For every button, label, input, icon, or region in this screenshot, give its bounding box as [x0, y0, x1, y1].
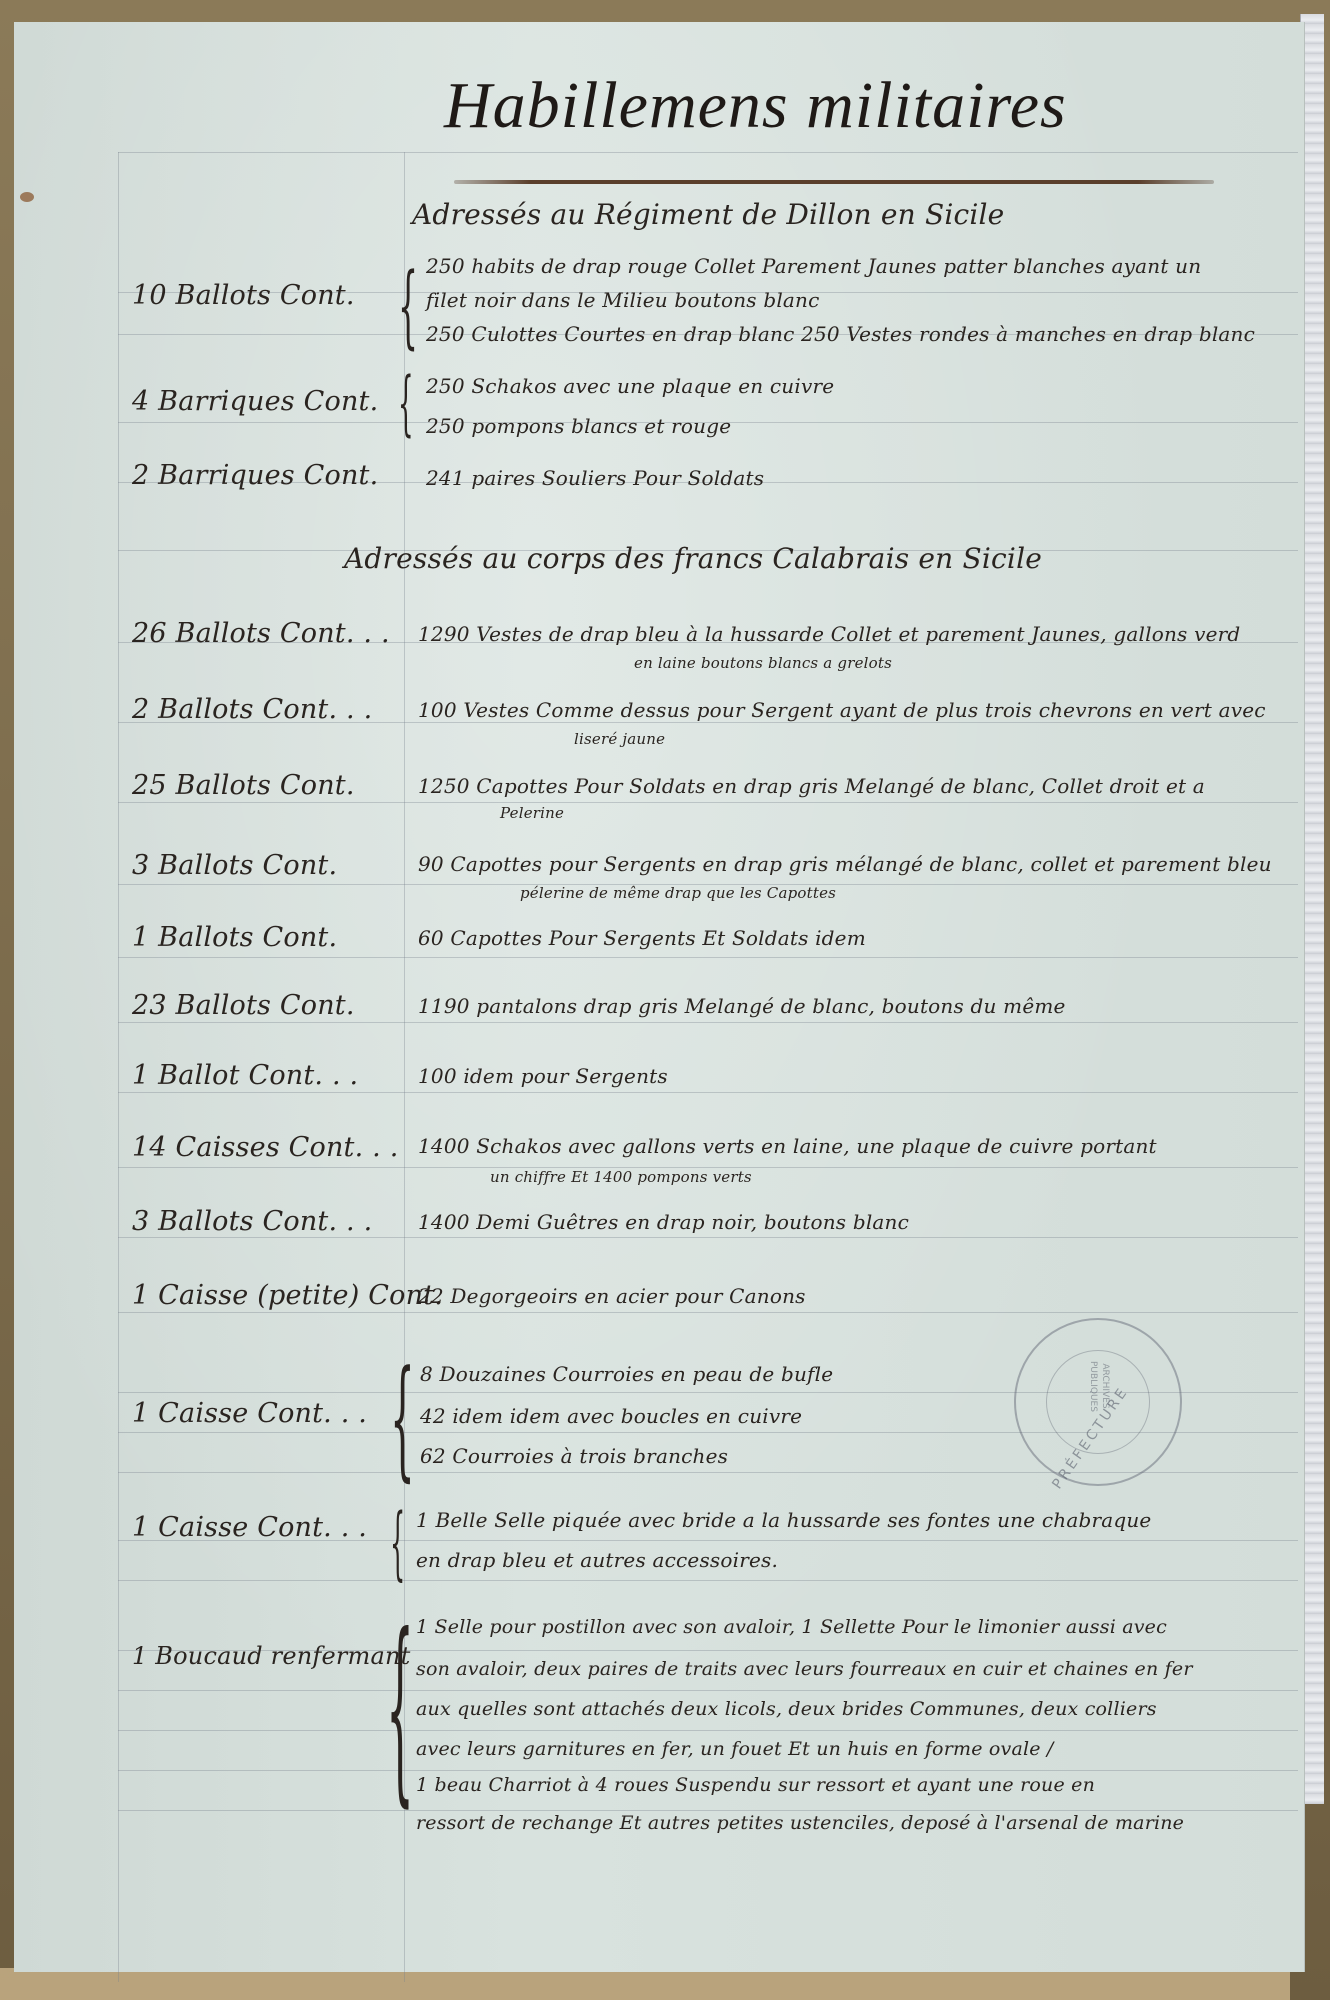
- entry-quantity: 3 Ballots Cont. . .: [132, 1206, 372, 1237]
- ruled-line: [118, 1092, 1298, 1093]
- entry-line: 250 Culottes Courtes en drap blanc 250 V…: [426, 322, 1255, 346]
- pin-mark: [20, 192, 34, 202]
- entry-line: en drap bleu et autres accessoires.: [416, 1548, 778, 1572]
- ruled-line: [118, 957, 1298, 958]
- entry-quantity: 4 Barriques Cont.: [132, 386, 378, 417]
- entry-line: 1290 Vestes de drap bleu à la hussarde C…: [418, 622, 1240, 646]
- entry-line: 1190 pantalons drap gris Melangé de blan…: [418, 994, 1066, 1018]
- title-underline: [454, 180, 1214, 184]
- ruled-line: [118, 1022, 1298, 1023]
- brace-icon: {: [390, 1342, 415, 1494]
- entry-line: 42 idem idem avec boucles en cuivre: [420, 1404, 802, 1428]
- entry-line: en laine boutons blancs a grelots: [634, 654, 892, 672]
- entry-line: 1400 Schakos avec gallons verts en laine…: [418, 1134, 1157, 1158]
- entry-line: ressort de rechange Et autres petites us…: [416, 1812, 1184, 1834]
- entry-quantity: 10 Ballots Cont.: [132, 280, 355, 311]
- entry-quantity: 23 Ballots Cont.: [132, 990, 355, 1021]
- binding-bottom: [0, 1968, 1290, 2000]
- entry-line: 22 Degorgeoirs en acier pour Canons: [418, 1284, 806, 1308]
- margin-line-left: [118, 152, 119, 1982]
- entry-line: 250 Schakos avec une plaque en cuivre: [426, 374, 834, 398]
- entry-line: liseré jaune: [574, 730, 665, 748]
- entry-line: 1 Selle pour postillon avec son avaloir,…: [416, 1616, 1167, 1638]
- entry-quantity: 26 Ballots Cont. . .: [132, 618, 390, 649]
- entry-line: 1250 Capottes Pour Soldats en drap gris …: [418, 774, 1205, 798]
- stamp-center-text: ARCHIVES PUBLIQUES: [1087, 1361, 1111, 1411]
- entry-line: 100 idem pour Sergents: [418, 1064, 668, 1088]
- ruled-line: [118, 1312, 1298, 1313]
- ruled-line: [118, 1580, 1298, 1581]
- entry-line: filet noir dans le Milieu boutons blanc: [426, 288, 820, 312]
- scanned-manuscript: Habillemens militaires Adressés au Régim…: [0, 0, 1330, 2000]
- entry-line: 250 habits de drap rouge Collet Parement…: [426, 254, 1201, 278]
- entry-line: 1400 Demi Guêtres en drap noir, boutons …: [418, 1210, 909, 1234]
- entry-quantity: 2 Ballots Cont. . .: [132, 694, 372, 725]
- ruled-line: [118, 1810, 1298, 1811]
- entry-line: 1 Belle Selle piquée avec bride a la hus…: [416, 1508, 1151, 1532]
- entry-line: 241 paires Souliers Pour Soldats: [426, 466, 764, 490]
- brace-icon: {: [390, 1496, 405, 1589]
- entry-line: 8 Douzaines Courroies en peau de bufle: [420, 1362, 833, 1386]
- entry-quantity: 1 Boucaud renfermant: [132, 1642, 411, 1670]
- entry-line: 100 Vestes Comme dessus pour Sergent aya…: [418, 698, 1266, 722]
- entry-line: 90 Capottes pour Sergents en drap gris m…: [418, 852, 1272, 876]
- brace-icon: {: [398, 254, 418, 359]
- entry-quantity: 25 Ballots Cont.: [132, 770, 355, 801]
- entry-quantity: 2 Barriques Cont.: [132, 460, 378, 491]
- entry-line: 250 pompons blancs et rouge: [426, 414, 731, 438]
- entry-line: 1 beau Charriot à 4 roues Suspendu sur r…: [416, 1774, 1095, 1796]
- page-title: Habillemens militaires: [444, 68, 1067, 144]
- archive-stamp: PRÉFECTURE ARCHIVES PUBLIQUES: [1014, 1318, 1182, 1486]
- entry-line: 60 Capottes Pour Sergents Et Soldats ide…: [418, 926, 866, 950]
- entry-line: pélerine de même drap que les Capottes: [520, 884, 836, 902]
- ruled-line: [118, 1237, 1298, 1238]
- entry-line: avec leurs garnitures en fer, un fouet E…: [416, 1738, 1054, 1760]
- entry-line: 62 Courroies à trois branches: [420, 1444, 728, 1468]
- entry-quantity: 1 Caisse Cont. . .: [132, 1512, 367, 1543]
- ruled-line: [118, 1770, 1298, 1771]
- entry-quantity: 3 Ballots Cont.: [132, 850, 337, 881]
- entry-quantity: 1 Ballots Cont.: [132, 922, 337, 953]
- brace-icon: {: [398, 362, 414, 444]
- entry-quantity: 1 Caisse (petite) Cont.: [132, 1280, 443, 1311]
- ledger-page: Habillemens militaires Adressés au Régim…: [14, 22, 1304, 1972]
- ruled-line: [118, 1730, 1298, 1731]
- ruled-line: [118, 1690, 1298, 1691]
- section-heading: Adressés au corps des francs Calabrais e…: [344, 542, 1042, 575]
- entry-quantity: 14 Caisses Cont. . .: [132, 1132, 399, 1163]
- entry-line: un chiffre Et 1400 pompons verts: [490, 1168, 752, 1186]
- entry-line: son avaloir, deux paires de traits avec …: [416, 1658, 1193, 1680]
- brace-icon: {: [386, 1592, 414, 1825]
- entry-quantity: 1 Ballot Cont. . .: [132, 1060, 358, 1091]
- entry-quantity: 1 Caisse Cont. . .: [132, 1398, 367, 1429]
- ruled-line: [118, 152, 1298, 153]
- ruled-line: [118, 802, 1298, 803]
- entry-line: Pelerine: [500, 804, 564, 822]
- section-heading: Adressés au Régiment de Dillon en Sicile: [412, 198, 1004, 231]
- entry-line: aux quelles sont attachés deux licols, d…: [416, 1698, 1157, 1720]
